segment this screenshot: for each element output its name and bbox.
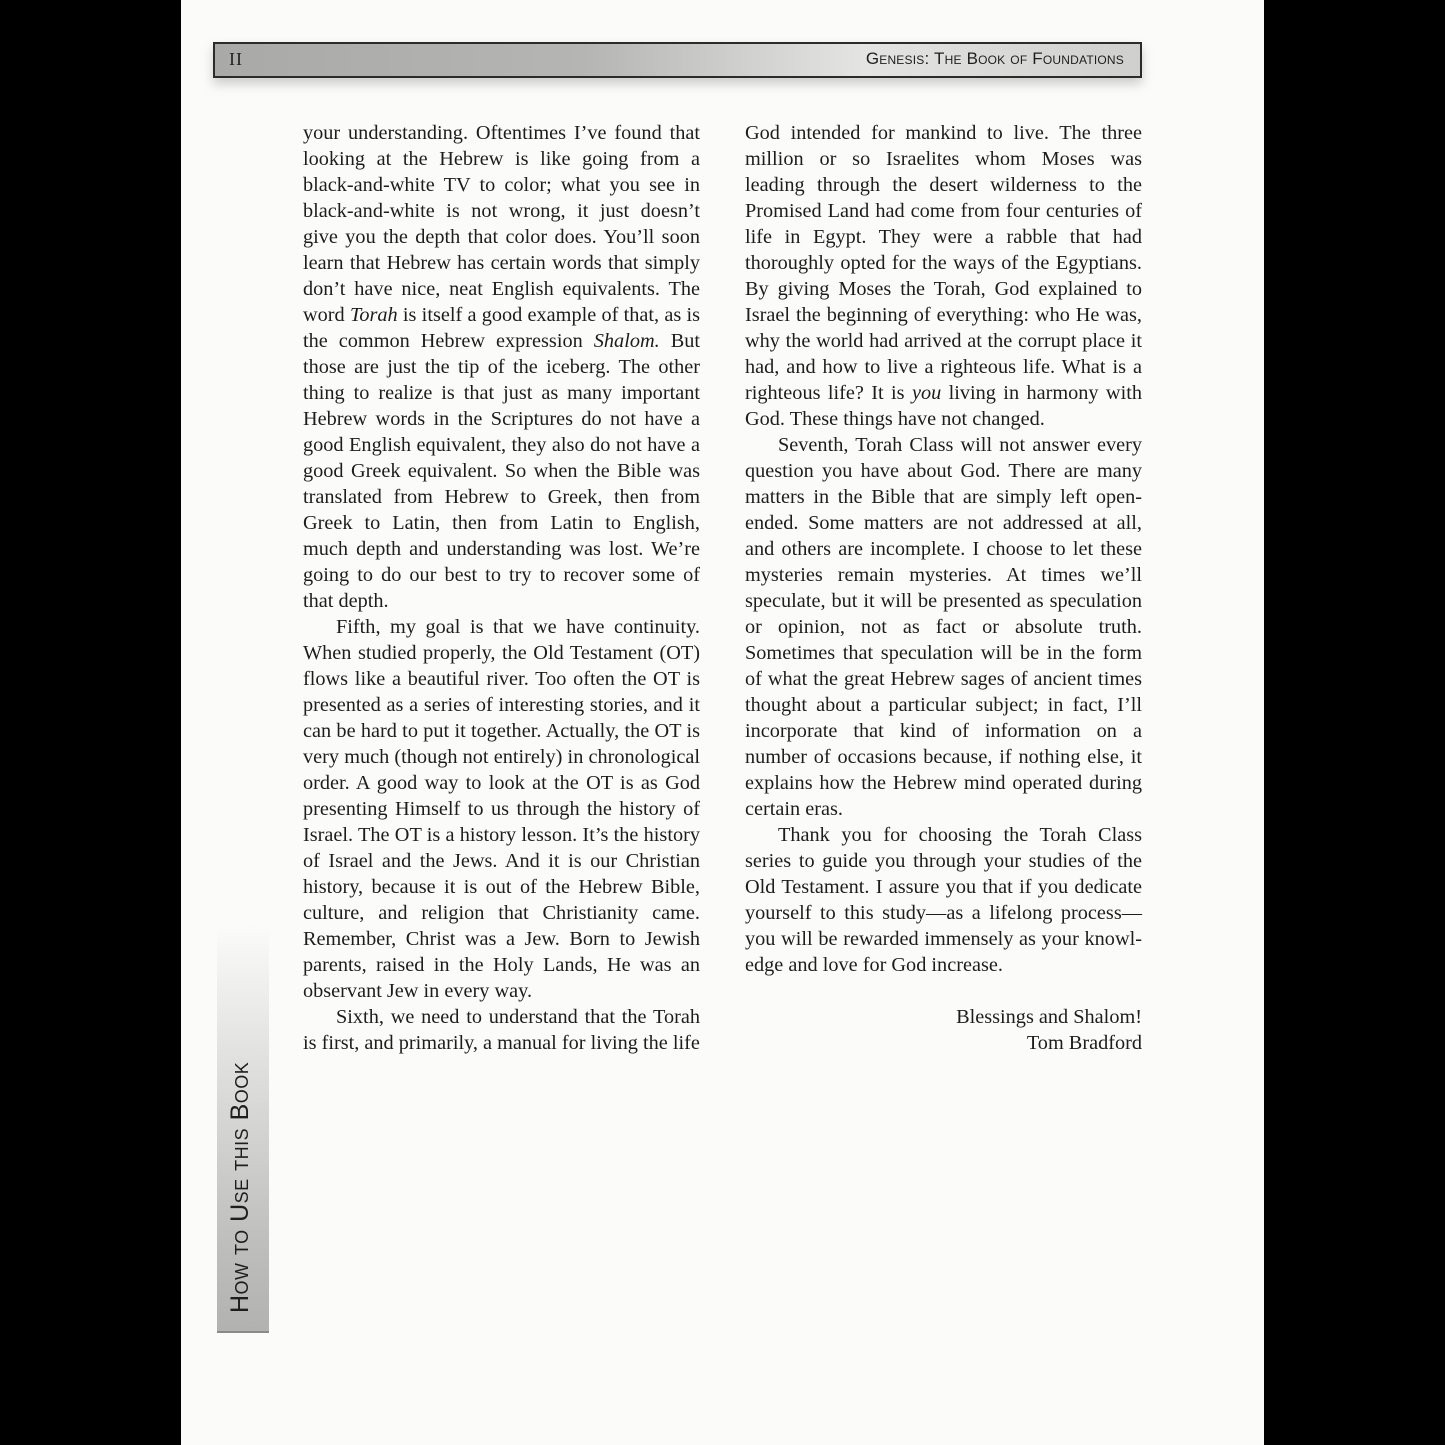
closing-line: Blessings and Shalom! xyxy=(745,1004,1142,1030)
paragraph-sixth: Sixth, we need to understand that the To… xyxy=(303,1004,700,1056)
page-number: II xyxy=(229,49,243,70)
paragraph-thank-you: Thank you for choosing the Torah Class s… xyxy=(745,822,1142,978)
book-title: Genesis: The Book of Foundations xyxy=(866,49,1124,69)
paragraph-fifth: Fifth, my goal is that we have continu­i… xyxy=(303,614,700,1004)
italic-term-shalom: Shalom. xyxy=(594,330,660,352)
paragraph-seventh: Seventh, Torah Class will not answer eve… xyxy=(745,432,1142,822)
text-run: God intended for mankind to live. The th… xyxy=(745,122,1142,404)
paragraph-sixth-continued: God intended for mankind to live. The th… xyxy=(745,120,1142,432)
section-side-tab: How to Use this Book xyxy=(217,925,269,1333)
section-tab-label: How to Use this Book xyxy=(226,1062,255,1313)
signoff: Blessings and Shalom! Tom Bradford xyxy=(745,1004,1142,1056)
italic-term-torah: Torah xyxy=(350,304,398,326)
text-column-right: God intended for mankind to live. The th… xyxy=(745,120,1142,1056)
italic-term-you: you xyxy=(912,382,941,404)
paragraph-understanding: your understanding. Oftentimes I’ve foun… xyxy=(303,120,700,614)
text-run: your understanding. Oftentimes I’ve foun… xyxy=(303,122,700,326)
running-header: II Genesis: The Book of Foundations xyxy=(213,42,1142,78)
author-name: Tom Bradford xyxy=(745,1030,1142,1056)
text-column-left: your understanding. Oftentimes I’ve foun… xyxy=(303,120,700,1056)
text-run: But those are just the tip of the iceber… xyxy=(303,330,700,612)
book-page: II Genesis: The Book of Foundations How … xyxy=(181,0,1264,1445)
